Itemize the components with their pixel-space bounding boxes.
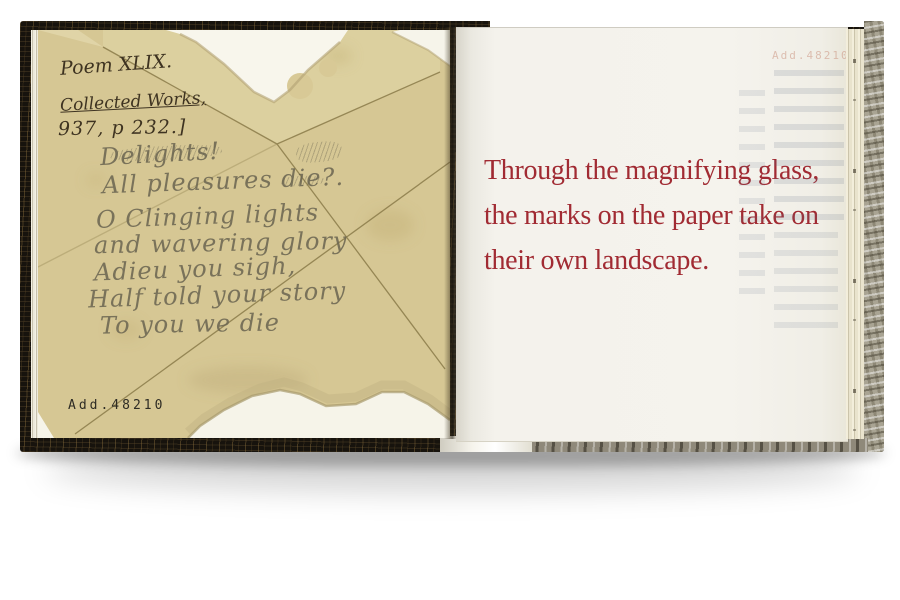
showthrough-text-column <box>739 90 765 300</box>
right-page-text: Through the magnifying glass, the marks … <box>456 27 848 442</box>
printed-quote: Through the magnifying glass, the marks … <box>484 148 819 283</box>
open-book: Poem XLIX. Collected Works, 937, p 232.]… <box>20 21 884 452</box>
showthrough-text-column <box>774 232 838 328</box>
book-photograph: Poem XLIX. Collected Works, 937, p 232.]… <box>0 0 900 600</box>
quote-line: the marks on the paper take on <box>484 193 819 238</box>
cover-fore-edge <box>864 21 884 452</box>
showthrough-text-column <box>774 70 844 220</box>
torn-fragment <box>287 73 313 99</box>
pencil-poem-line: To you we die <box>100 308 280 339</box>
ink-annotation-line-3: 937, p 232.] <box>58 116 187 140</box>
showthrough-shelfmark: Add.48210 <box>772 49 850 62</box>
fore-edge-specks <box>853 29 856 439</box>
shelfmark-label: Add.48210 <box>68 398 165 413</box>
left-page-edges <box>31 30 38 438</box>
left-page-manuscript: Poem XLIX. Collected Works, 937, p 232.]… <box>38 30 450 438</box>
quote-line: their own landscape. <box>484 238 819 283</box>
book-shadow-soft <box>44 448 860 492</box>
page-block-fore-edge <box>846 29 864 439</box>
quote-line: Through the magnifying glass, <box>484 148 819 193</box>
